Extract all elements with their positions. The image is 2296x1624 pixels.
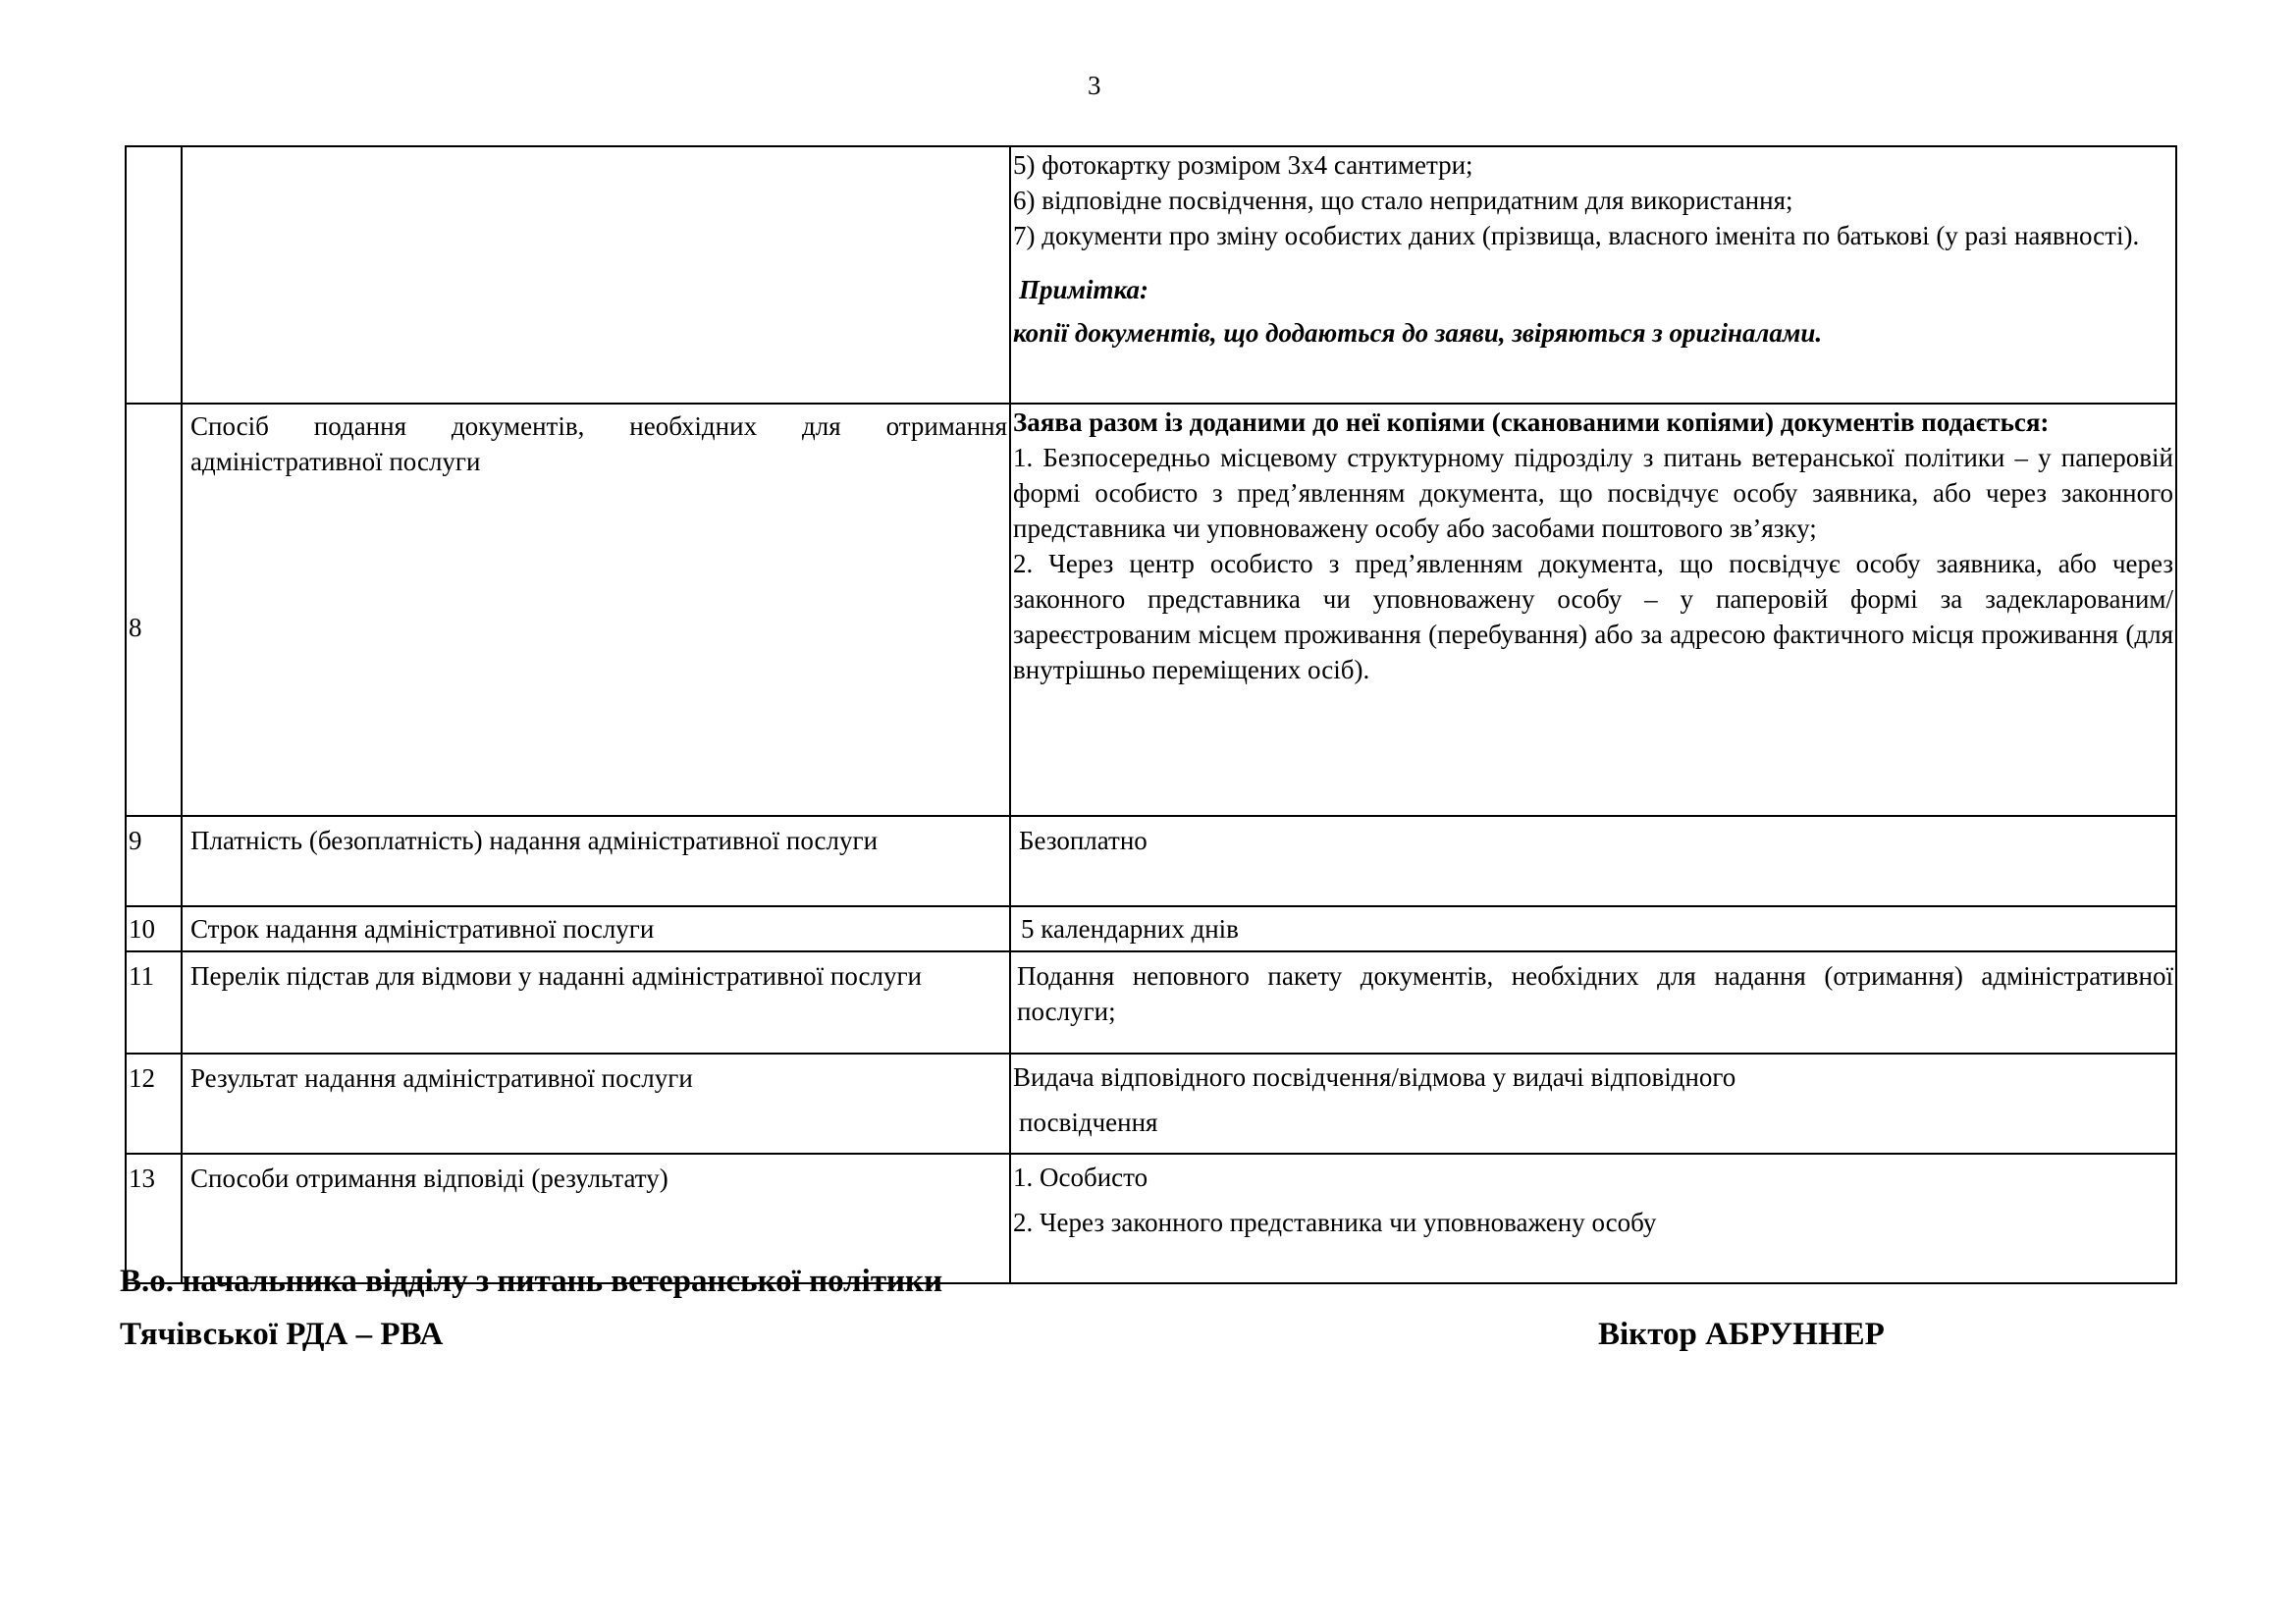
list-item: 1. Безпосередньо місцевому структурному … bbox=[1013, 440, 2173, 546]
signature-position: В.о. начальника відділу з питань ветеран… bbox=[120, 1255, 942, 1308]
row-value: Подання неповного пакету документів, нео… bbox=[1010, 951, 2176, 1054]
service-info-table: 5) фотокартку розміром 3х4 сантиметри; 6… bbox=[125, 145, 2177, 1284]
table-row: 9 Платність (безоплатність) надання адмі… bbox=[126, 816, 2176, 906]
table-row: 12 Результат надання адміністративної по… bbox=[126, 1054, 2176, 1154]
list-item: 6) відповідне посвідчення, що стало непр… bbox=[1013, 183, 2173, 218]
row-number: 11 bbox=[126, 951, 182, 1054]
row-label: Перелік підстав для відмови у наданні ад… bbox=[182, 951, 1010, 1054]
list-item: 2. Через центр особисто з пред’явленням … bbox=[1013, 546, 2173, 687]
signature-block: В.о. начальника відділу з питань ветеран… bbox=[120, 1255, 942, 1361]
page-number: 3 bbox=[1088, 71, 1101, 101]
row-label: Платність (безоплатність) надання адміні… bbox=[182, 816, 1010, 906]
row-label: Спосіб подання документів, необхідних дл… bbox=[182, 404, 1010, 816]
row-number: 8 bbox=[126, 404, 182, 816]
row-value: 5) фотокартку розміром 3х4 сантиметри; 6… bbox=[1010, 146, 2176, 404]
note-title: Примітка: bbox=[1013, 267, 2173, 312]
row-value: Заява разом із доданими до неї копіями (… bbox=[1010, 404, 2176, 816]
list-item: 5) фотокартку розміром 3х4 сантиметри; bbox=[1013, 147, 2173, 183]
table-row: 11 Перелік підстав для відмови у наданні… bbox=[126, 951, 2176, 1054]
table-row: 5) фотокартку розміром 3х4 сантиметри; 6… bbox=[126, 146, 2176, 404]
row-value: Видача відповідного посвідчення/відмова … bbox=[1010, 1054, 2176, 1154]
row-value: 5 календарних днів bbox=[1010, 906, 2176, 951]
row-number: 9 bbox=[126, 816, 182, 906]
signature-name: Віктор АБРУННЕР bbox=[1598, 1308, 1885, 1361]
table-row: 8 Спосіб подання документів, необхідних … bbox=[126, 404, 2176, 816]
row-number bbox=[126, 146, 182, 404]
row-number: 10 bbox=[126, 906, 182, 951]
signature-organization: Тячівської РДА – РВА bbox=[120, 1308, 942, 1361]
row-label: Результат надання адміністративної послу… bbox=[182, 1054, 1010, 1154]
result-line: посвідчення bbox=[1013, 1100, 2173, 1145]
row-label: Строк надання адміністративної послуги bbox=[182, 906, 1010, 951]
list-item: 1. Особисто bbox=[1013, 1155, 2173, 1200]
row-heading: Заява разом із доданими до неї копіями (… bbox=[1013, 405, 2173, 440]
note-text: копії документів, що додаються до заяви,… bbox=[1013, 312, 2173, 353]
result-line: Видача відповідного посвідчення/відмова … bbox=[1013, 1055, 2173, 1100]
row-label bbox=[182, 146, 1010, 404]
row-value: 1. Особисто 2. Через законного представн… bbox=[1010, 1154, 2176, 1283]
table-row: 10 Строк надання адміністративної послуг… bbox=[126, 906, 2176, 951]
row-number: 12 bbox=[126, 1054, 182, 1154]
list-item: 2. Через законного представника чи уповн… bbox=[1013, 1200, 2173, 1245]
list-item: 7) документи про зміну особистих даних (… bbox=[1013, 218, 2173, 253]
row-value: Безоплатно bbox=[1010, 816, 2176, 906]
